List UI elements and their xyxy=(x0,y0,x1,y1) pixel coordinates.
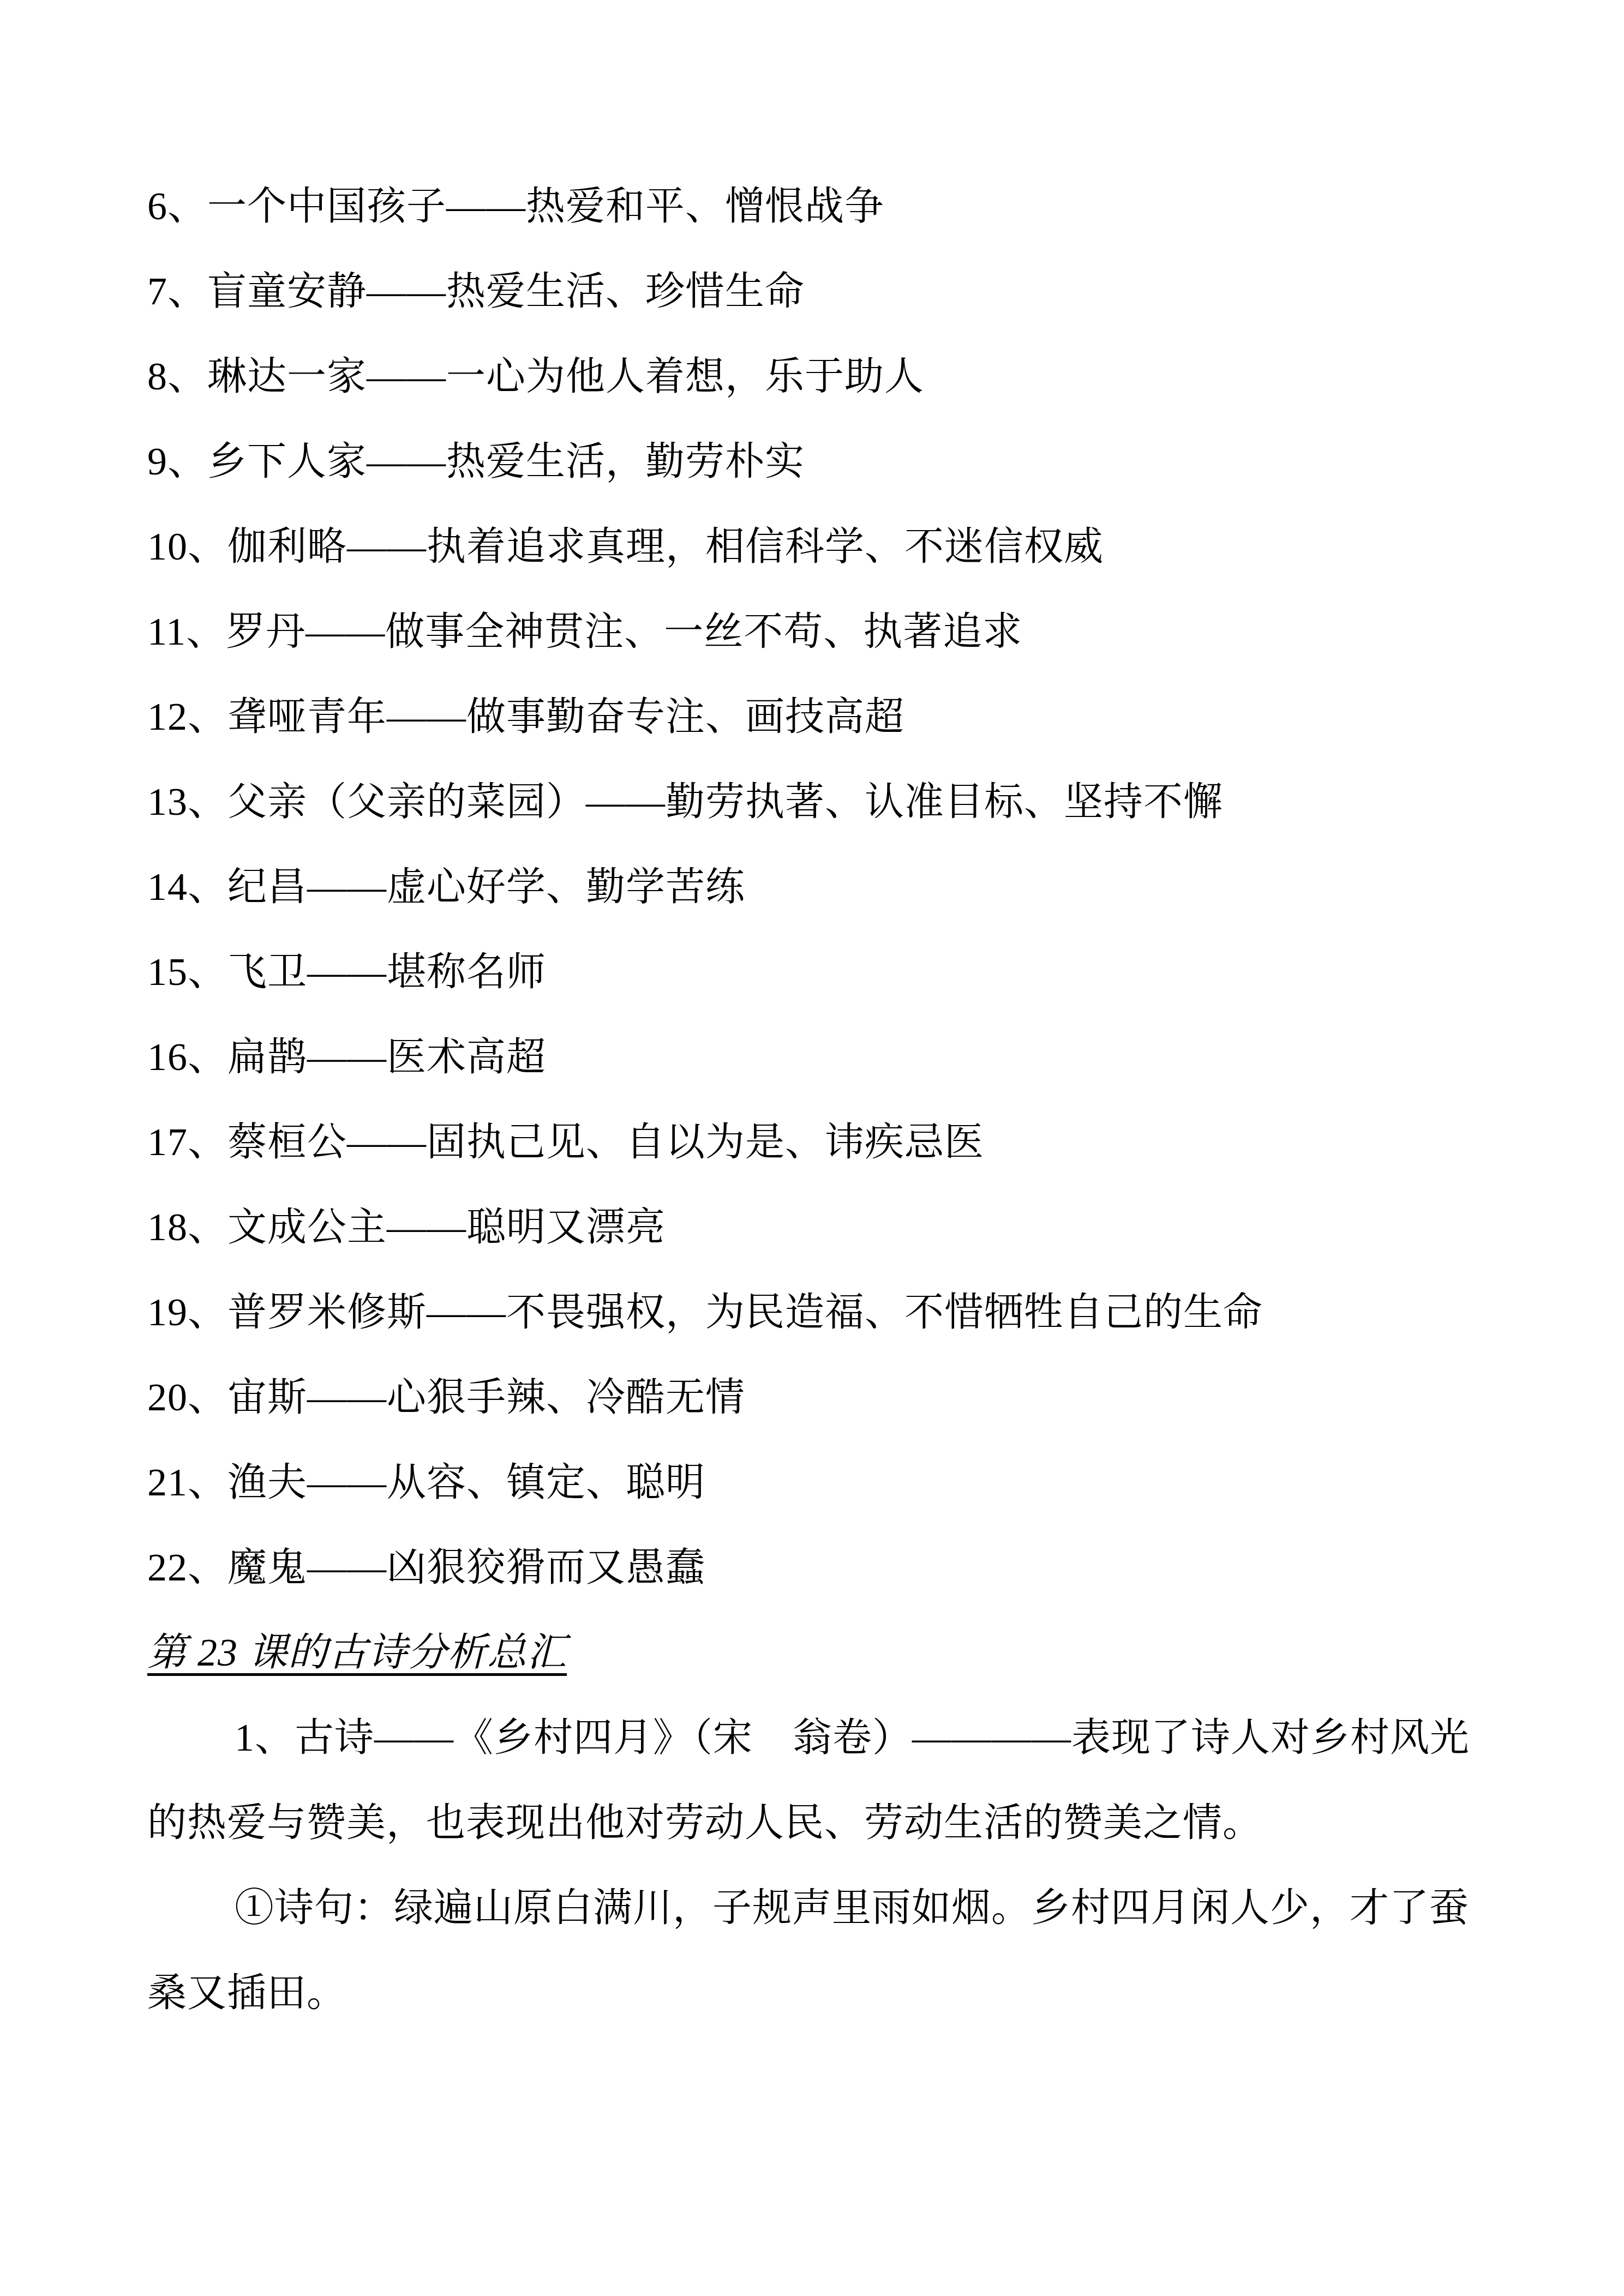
paragraph-line: 1、古诗——《乡村四月》（宋 翁卷）————表现了诗人对乡村风光 xyxy=(147,1695,1489,1780)
list-item: 16、扁鹊——医术高超 xyxy=(147,1014,1489,1099)
list-item: 15、飞卫——堪称名师 xyxy=(147,929,1489,1014)
character-analysis-list: 6、一个中国孩子——热爱和平、憎恨战争7、盲童安静——热爱生活、珍惜生命8、琳达… xyxy=(147,164,1489,1610)
paragraph-line: 桑又插田。 xyxy=(147,1950,1489,2035)
list-item: 6、一个中国孩子——热爱和平、憎恨战争 xyxy=(147,164,1489,249)
section-heading: 第 23 课的古诗分析总汇 xyxy=(147,1631,567,1674)
list-item: 18、文成公主——聪明又漂亮 xyxy=(147,1185,1489,1270)
list-item: 9、乡下人家——热爱生活，勤劳朴实 xyxy=(147,419,1489,504)
list-item: 14、纪昌——虚心好学、勤学苦练 xyxy=(147,844,1489,929)
list-item: 21、渔夫——从容、镇定、聪明 xyxy=(147,1440,1489,1525)
section-heading-line: 第 23 课的古诗分析总汇 xyxy=(147,1610,1489,1695)
list-item: 10、伽利略——执着追求真理，相信科学、不迷信权威 xyxy=(147,504,1489,589)
list-item: 20、宙斯——心狠手辣、冷酷无情 xyxy=(147,1355,1489,1440)
list-item: 12、聋哑青年——做事勤奋专注、画技高超 xyxy=(147,674,1489,759)
list-item: 17、蔡桓公——固执己见、自以为是、讳疾忌医 xyxy=(147,1099,1489,1185)
list-item: 7、盲童安静——热爱生活、珍惜生命 xyxy=(147,249,1489,334)
list-item: 19、普罗米修斯——不畏强权，为民造福、不惜牺牲自己的生命 xyxy=(147,1270,1489,1355)
poem-analysis-paragraphs: 1、古诗——《乡村四月》（宋 翁卷）————表现了诗人对乡村风光的热爱与赞美，也… xyxy=(147,1695,1489,2035)
document-content: 6、一个中国孩子——热爱和平、憎恨战争7、盲童安静——热爱生活、珍惜生命8、琳达… xyxy=(147,164,1489,2035)
list-item: 22、魔鬼——凶狠狡猾而又愚蠢 xyxy=(147,1525,1489,1610)
list-item: 8、琳达一家——一心为他人着想，乐于助人 xyxy=(147,334,1489,419)
paragraph-line: 的热爱与赞美，也表现出他对劳动人民、劳动生活的赞美之情。 xyxy=(147,1780,1489,1865)
list-item: 11、罗丹——做事全神贯注、一丝不苟、执著追求 xyxy=(147,589,1489,674)
document-page: 6、一个中国孩子——热爱和平、憎恨战争7、盲童安静——热爱生活、珍惜生命8、琳达… xyxy=(0,0,1624,2296)
paragraph-line: ①诗句：绿遍山原白满川，子规声里雨如烟。乡村四月闲人少，才了蚕 xyxy=(147,1865,1489,1950)
list-item: 13、父亲（父亲的菜园）——勤劳执著、认准目标、坚持不懈 xyxy=(147,759,1489,844)
